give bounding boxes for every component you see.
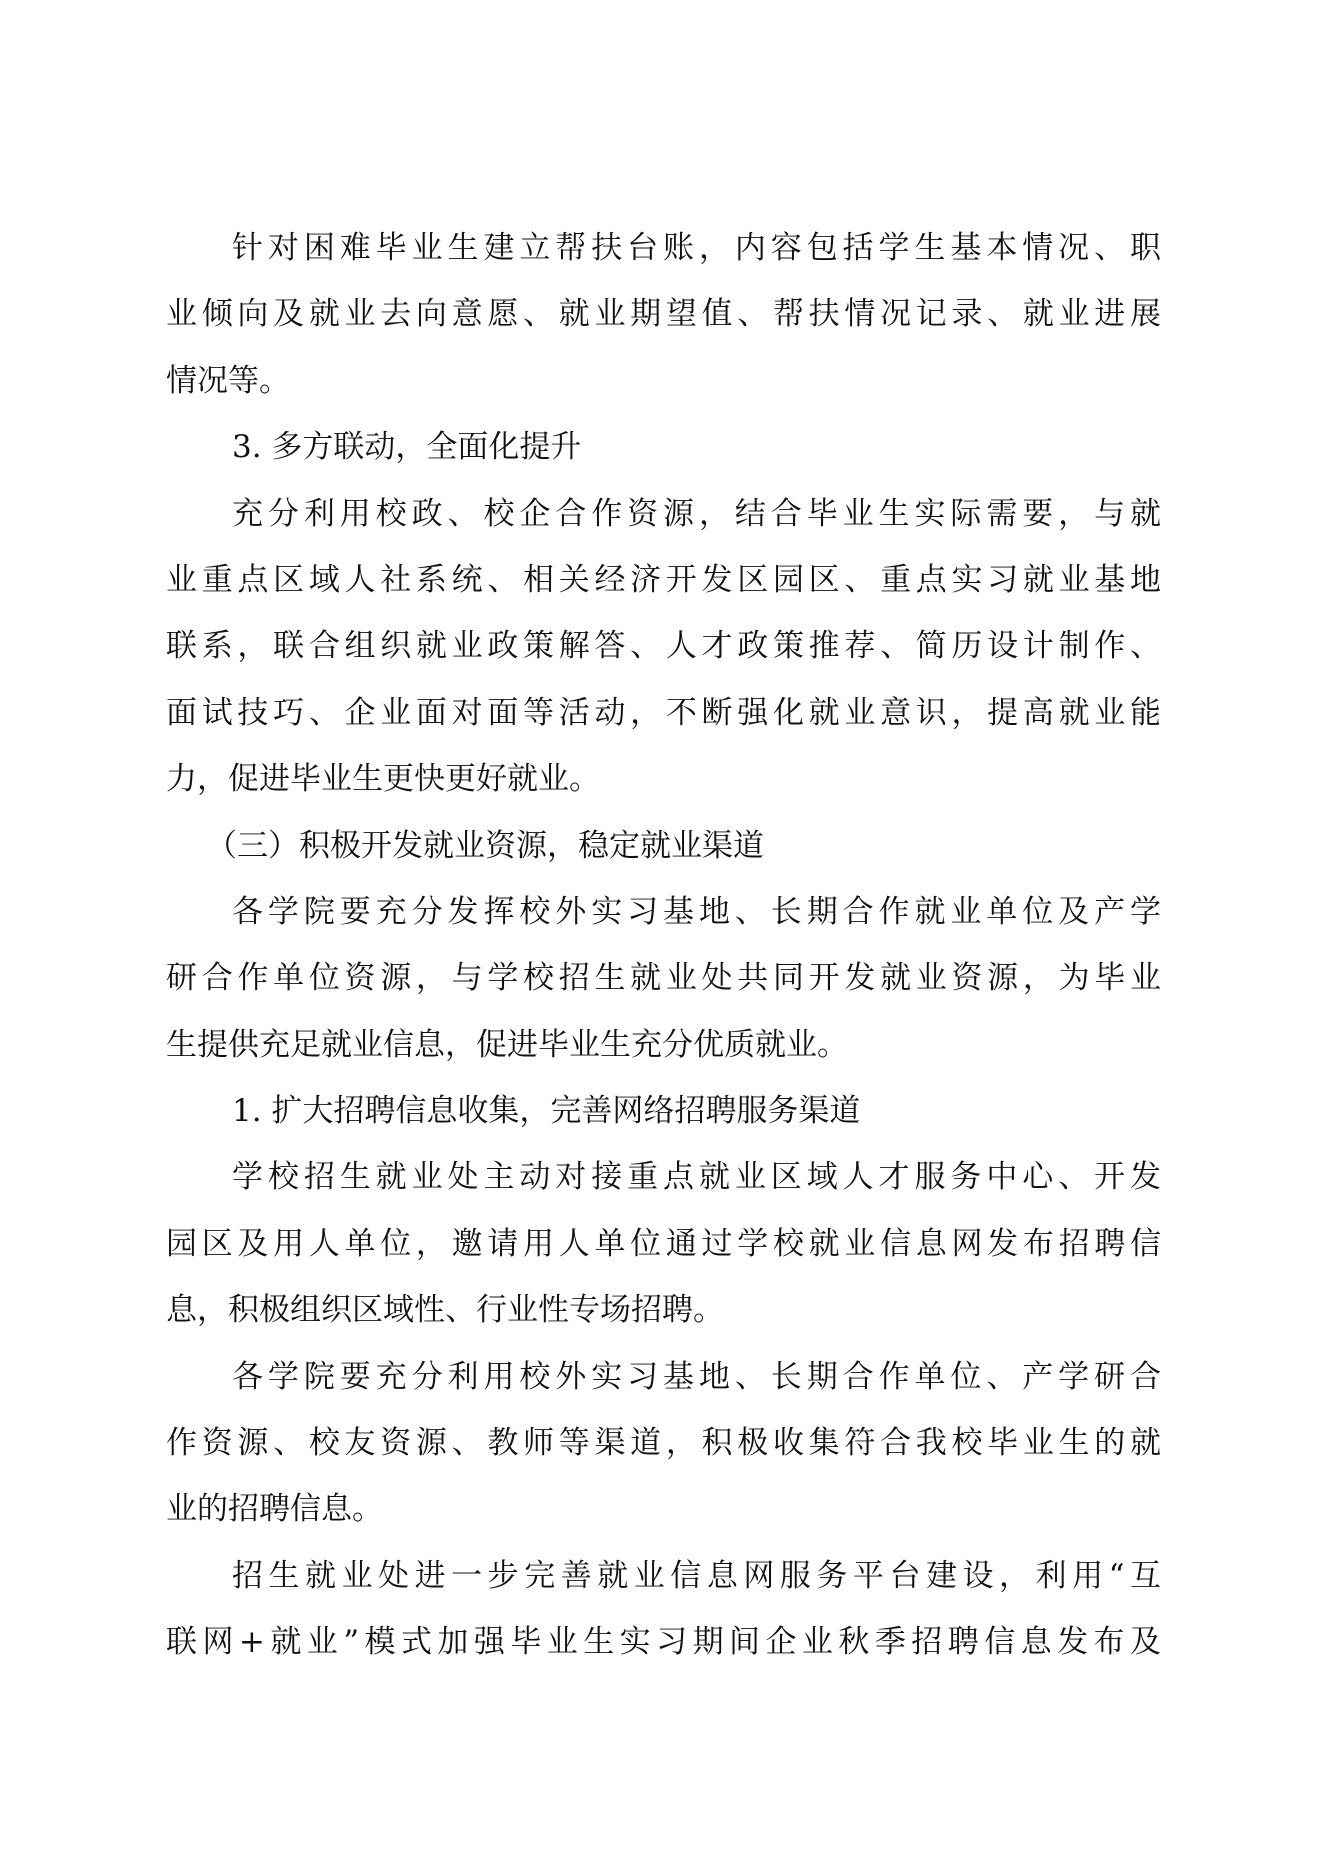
text-line: 业重点区域人社系统、相关经济开发区园区、重点实习就业基地 [166, 547, 1161, 613]
subheading-text: 1. 扩大招聘信息收集，完善网络招聘服务渠道 [166, 1078, 1161, 1144]
text-line: 研合作单位资源，与学校招生就业处共同开发就业资源，为毕业 [166, 945, 1161, 1011]
subheading-multi-party: 3. 多方联动，全面化提升 [166, 414, 1161, 480]
text-line: 力，促进毕业生更快更好就业。 [166, 746, 1161, 812]
text-line: 联系，联合组织就业政策解答、人才政策推荐、简历设计制作、 [166, 613, 1161, 679]
heading-text: （三）积极开发就业资源，稳定就业渠道 [166, 813, 1161, 879]
document-page: 针对困难毕业生建立帮扶台账，内容包括学生基本情况、职 业倾向及就业去向意愿、就业… [166, 215, 1161, 1676]
subheading-recruitment-info: 1. 扩大招聘信息收集，完善网络招聘服务渠道 [166, 1078, 1161, 1144]
text-line: 针对困难毕业生建立帮扶台账，内容包括学生基本情况、职 [166, 215, 1161, 281]
paragraph-cooperation-resources: 充分利用校政、校企合作资源，结合毕业生实际需要，与就 业重点区域人社系统、相关经… [166, 481, 1161, 813]
paragraph-internet-platform: 招生就业处进一步完善就业信息网服务平台建设，利用“互 联网+就业”模式加强毕业生… [166, 1543, 1161, 1676]
paragraph-college-resources: 各学院要充分发挥校外实习基地、长期合作就业单位及产学 研合作单位资源，与学校招生… [166, 879, 1161, 1078]
text-line: 作资源、校友资源、教师等渠道，积极收集符合我校毕业生的就 [166, 1410, 1161, 1476]
text-line: 充分利用校政、校企合作资源，结合毕业生实际需要，与就 [166, 481, 1161, 547]
section-heading-three: （三）积极开发就业资源，稳定就业渠道 [166, 813, 1161, 879]
text-line: 各学院要充分利用校外实习基地、长期合作单位、产学研合 [166, 1344, 1161, 1410]
text-line: 业的招聘信息。 [166, 1476, 1161, 1542]
text-line: 联网+就业”模式加强毕业生实习期间企业秋季招聘信息发布及 [166, 1609, 1161, 1675]
text-line: 息，积极组织区域性、行业性专场招聘。 [166, 1277, 1161, 1343]
text-line: 生提供充足就业信息，促进毕业生充分优质就业。 [166, 1012, 1161, 1078]
paragraph-difficulty-ledger: 针对困难毕业生建立帮扶台账，内容包括学生基本情况、职 业倾向及就业去向意愿、就业… [166, 215, 1161, 414]
text-line: 业倾向及就业去向意愿、就业期望值、帮扶情况记录、就业进展 [166, 281, 1161, 347]
text-line: 园区及用人单位，邀请用人单位通过学校就业信息网发布招聘信 [166, 1211, 1161, 1277]
subheading-text: 3. 多方联动，全面化提升 [166, 414, 1161, 480]
text-line: 招生就业处进一步完善就业信息网服务平台建设，利用“互 [166, 1543, 1161, 1609]
text-line: 各学院要充分发挥校外实习基地、长期合作就业单位及产学 [166, 879, 1161, 945]
text-line: 面试技巧、企业面对面等活动，不断强化就业意识，提高就业能 [166, 680, 1161, 746]
paragraph-college-channels: 各学院要充分利用校外实习基地、长期合作单位、产学研合 作资源、校友资源、教师等渠… [166, 1344, 1161, 1543]
text-line: 情况等。 [166, 348, 1161, 414]
text-line: 学校招生就业处主动对接重点就业区域人才服务中心、开发 [166, 1144, 1161, 1210]
paragraph-employment-office: 学校招生就业处主动对接重点就业区域人才服务中心、开发 园区及用人单位，邀请用人单… [166, 1144, 1161, 1343]
